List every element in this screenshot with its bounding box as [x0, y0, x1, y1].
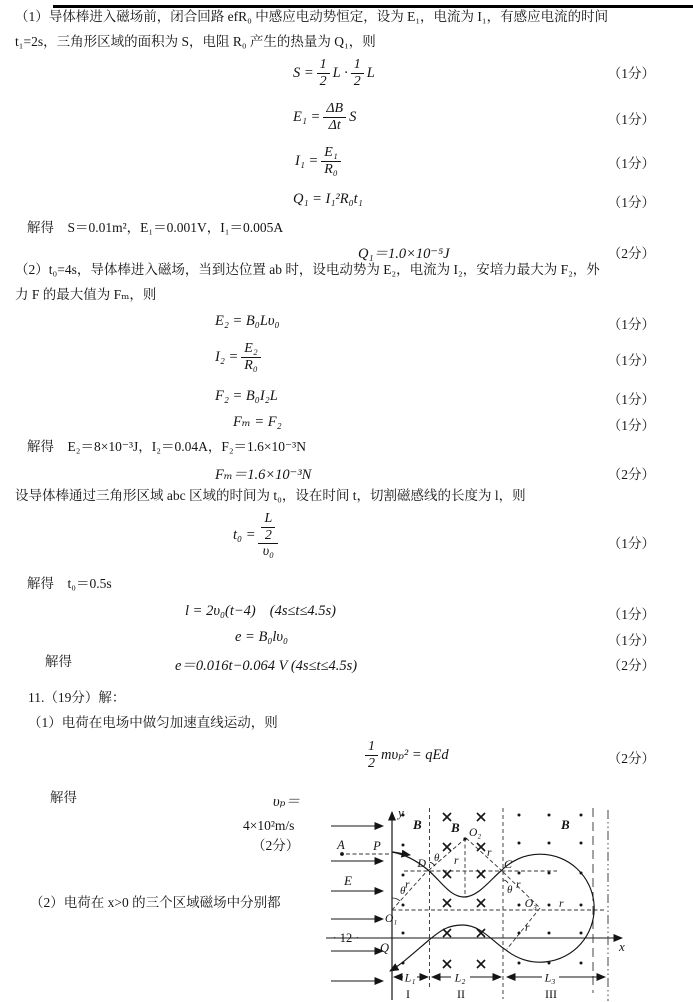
para1-line2: t₁=2s，三角形区域的面积为 S，电阻 R₀ 产生的热量为 Q₁，则: [15, 34, 376, 51]
q11-para1: （1）电荷在电场中做匀加速直线运动，则: [28, 715, 278, 732]
region-3-label: III: [545, 987, 557, 1001]
score-label: （1分）: [608, 152, 655, 172]
region-1-label: I: [406, 987, 410, 1001]
field-dot: [518, 962, 521, 965]
point-p-label: P: [372, 839, 381, 853]
score-label: （2分）: [608, 242, 655, 262]
formula-emf2: E₂ = B₀Lυ₀: [215, 313, 280, 330]
score-label: （1分）: [608, 108, 655, 128]
score-label: （1分）: [608, 349, 655, 369]
center-o1-label: O₁: [385, 913, 397, 925]
point-a-label: A: [336, 838, 345, 852]
formula-current2-lhs: I₂ =: [215, 349, 238, 366]
formula-time-t0: t₀ = L2 υ₀: [233, 511, 281, 560]
b-field-label-1: B: [412, 817, 422, 832]
formula-energy-rhs: mυₚ² = qEd: [381, 747, 449, 764]
field-cross: [443, 843, 451, 851]
score-label: （1分）: [608, 62, 655, 82]
point-q-label: Q: [380, 941, 389, 955]
formula-energy: 12 mυₚ² = qEd: [362, 739, 449, 771]
solve-label: 解得: [45, 654, 72, 671]
formula-area: S = 12 L · 12 L: [293, 57, 375, 89]
score-label: （1分）: [608, 414, 655, 434]
formula-emf-e: e = B₀lυ₀: [235, 629, 288, 646]
center-o2-label: O₂: [469, 827, 481, 839]
field-cross: [477, 843, 485, 851]
para2-line3: 设导体棒通过三角形区域 abc 区域的时间为 t₀，设在时间 t，切割磁感线的长…: [15, 488, 526, 505]
solve-result-3: 解得 t₀＝0.5s: [27, 576, 112, 593]
field-dot: [548, 904, 551, 907]
field-cross: [443, 960, 451, 968]
page-number: · 12 ·: [332, 931, 359, 945]
answer-sheet-page: （1）导体棒进入磁场前，闭合回路 efR₀ 中感应电动势恒定，设为 E₁，电流为…: [0, 0, 693, 1002]
field-dot: [518, 814, 521, 817]
o1-d-radius: [392, 870, 428, 910]
b-field-label-2: B: [450, 820, 460, 835]
field-dot: [518, 842, 521, 845]
field-dot: [402, 932, 405, 935]
vp-score: （2分）: [252, 838, 299, 855]
field-dot: [518, 932, 521, 935]
field-dot: [580, 932, 583, 935]
score-label: （1分）: [608, 629, 655, 649]
e-field-label: E: [343, 873, 352, 888]
fraction-outer-num: L2: [258, 511, 278, 544]
y-axis-label: y: [396, 805, 404, 820]
formula-heat-result: Q₁＝1.0×10⁻⁵J: [358, 242, 450, 263]
radius-label-6: r: [559, 898, 564, 910]
fraction: 12: [317, 57, 330, 89]
score-label: （1分）: [608, 388, 655, 408]
field-dot: [580, 872, 583, 875]
radius-label-5: r: [525, 922, 530, 934]
point-c-label: C: [504, 857, 513, 871]
o3-exit-radius: [507, 908, 540, 949]
formula-length-l: l = 2υ₀(t−4) (4s≤t≤4.5s): [185, 603, 336, 620]
q11-para2: （2）电荷在 x>0 的三个区域磁场中分别都: [30, 895, 281, 912]
para1-line1: （1）导体棒进入磁场前，闭合回路 efR₀ 中感应电动势恒定，设为 E₁，电流为…: [15, 9, 608, 26]
formula-emf1: E₁ = ΔBΔt S: [293, 101, 356, 133]
solve-label: 解得: [50, 790, 77, 807]
field-dot: [402, 962, 405, 965]
field-dot: [580, 814, 583, 817]
b-field-label-3: B: [560, 817, 570, 832]
field-dots-region-3: [518, 814, 583, 965]
formula-current1: I₁ = E₁R₀: [295, 145, 344, 177]
field-cross: [477, 870, 485, 878]
fraction: E₂R₀: [241, 341, 260, 373]
field-dot: [402, 874, 405, 877]
question-11-heading: 11.（19分）解：: [28, 690, 125, 707]
field-dot: [548, 814, 551, 817]
field-cross: [443, 929, 451, 937]
score-label: （1分）: [608, 313, 655, 333]
field-cross: [443, 813, 451, 821]
center-o3-label: O₃: [525, 898, 537, 910]
score-label: （2分）: [608, 654, 655, 674]
fraction: 12: [365, 739, 378, 771]
field-dot: [580, 904, 583, 907]
o2-c-radius: [466, 838, 501, 870]
formula-force2: F₂ = B₀I₂L: [215, 388, 278, 405]
formula-length-l-condition: (4s≤t≤4.5s): [270, 603, 336, 620]
formula-area-lhs: S =: [293, 65, 314, 82]
field-dot: [548, 872, 551, 875]
formula-emf-e-result: e＝0.016t−0.064 V (4s≤t≤4.5s): [175, 654, 357, 675]
x-axis-label: x: [618, 939, 625, 954]
radius-label-3: r: [487, 847, 492, 859]
l1-label: L₁: [404, 971, 416, 985]
point-d-label: D: [416, 856, 426, 870]
theta-arc-c: [503, 880, 508, 883]
para2-line1: （2）t₀=4s，导体棒进入磁场，当到达位置 ab 时，设电动势为 E₂，电流为…: [15, 262, 600, 279]
field-dot: [580, 962, 583, 965]
theta-arc-o1: [392, 898, 400, 901]
score-label: （1分）: [608, 191, 655, 211]
physics-diagram: y x A P E Q B B B D C O₁ O₂ O₃ θ θ θ r r…: [325, 788, 693, 1002]
formula-emf1-lhs: E₁ =: [293, 109, 320, 126]
field-dot: [402, 844, 405, 847]
field-cross: [443, 899, 451, 907]
point-a-dot: [340, 852, 344, 856]
score-label: （2分）: [608, 463, 655, 483]
fraction: 12: [351, 57, 364, 89]
theta-label-d: θ: [434, 852, 440, 864]
para2-line2: 力 F 的最大值为 Fₘ，则: [15, 287, 156, 304]
field-dot: [518, 904, 521, 907]
solve-result-1: 解得 S＝0.01m²，E₁＝0.001V，I₁＝0.005A: [27, 220, 283, 237]
formula-force-max: Fₘ = F₂: [233, 414, 282, 431]
fraction-outer: L2 υ₀: [258, 511, 278, 560]
formula-area-rhs: L: [367, 65, 375, 82]
field-cross: [477, 960, 485, 968]
field-dot: [402, 904, 405, 907]
fraction: E₁R₀: [321, 145, 340, 177]
l2-label: L₂: [454, 971, 466, 985]
vp-equation: υₚ＝: [273, 790, 300, 811]
solve-result-2: 解得 E₂＝8×10⁻³J，I₂＝0.04A，F₂＝1.6×10⁻³N: [27, 439, 306, 456]
l3-label: L₃: [544, 971, 556, 985]
region-2-label: II: [457, 987, 465, 1001]
score-label: （1分）: [608, 532, 655, 552]
field-dot: [548, 962, 551, 965]
top-rule: [53, 5, 693, 8]
field-cross: [477, 813, 485, 821]
radius-label-1: r: [405, 879, 410, 891]
fraction-inner: L2: [261, 511, 275, 543]
formula-emf1-rhs: S: [349, 109, 356, 126]
theta-label-c: θ: [507, 884, 513, 896]
score-label: （1分）: [608, 603, 655, 623]
formula-time-t0-lhs: t₀ =: [233, 527, 255, 544]
field-dot: [580, 842, 583, 845]
radius-label-2: r: [454, 855, 459, 867]
point-o2-dot: [463, 837, 466, 840]
field-cross: [477, 899, 485, 907]
field-dot: [548, 842, 551, 845]
field-dot: [548, 932, 551, 935]
formula-length-l-eq: l = 2υ₀(t−4): [185, 603, 256, 620]
formula-force-max-result: Fₘ＝1.6×10⁻³N: [215, 463, 311, 484]
formula-area-mid: L ·: [333, 65, 348, 82]
formula-current1-lhs: I₁ =: [295, 153, 318, 170]
field-dot: [518, 872, 521, 875]
score-label: （2分）: [608, 747, 655, 767]
radius-label-4: r: [516, 879, 521, 891]
vp-value: 4×10²m/s: [243, 818, 294, 835]
formula-heat: Q₁ = I₁²R₀t₁: [293, 191, 363, 208]
fraction: ΔBΔt: [323, 101, 346, 133]
formula-current2: I₂ = E₂R₀: [215, 341, 264, 373]
